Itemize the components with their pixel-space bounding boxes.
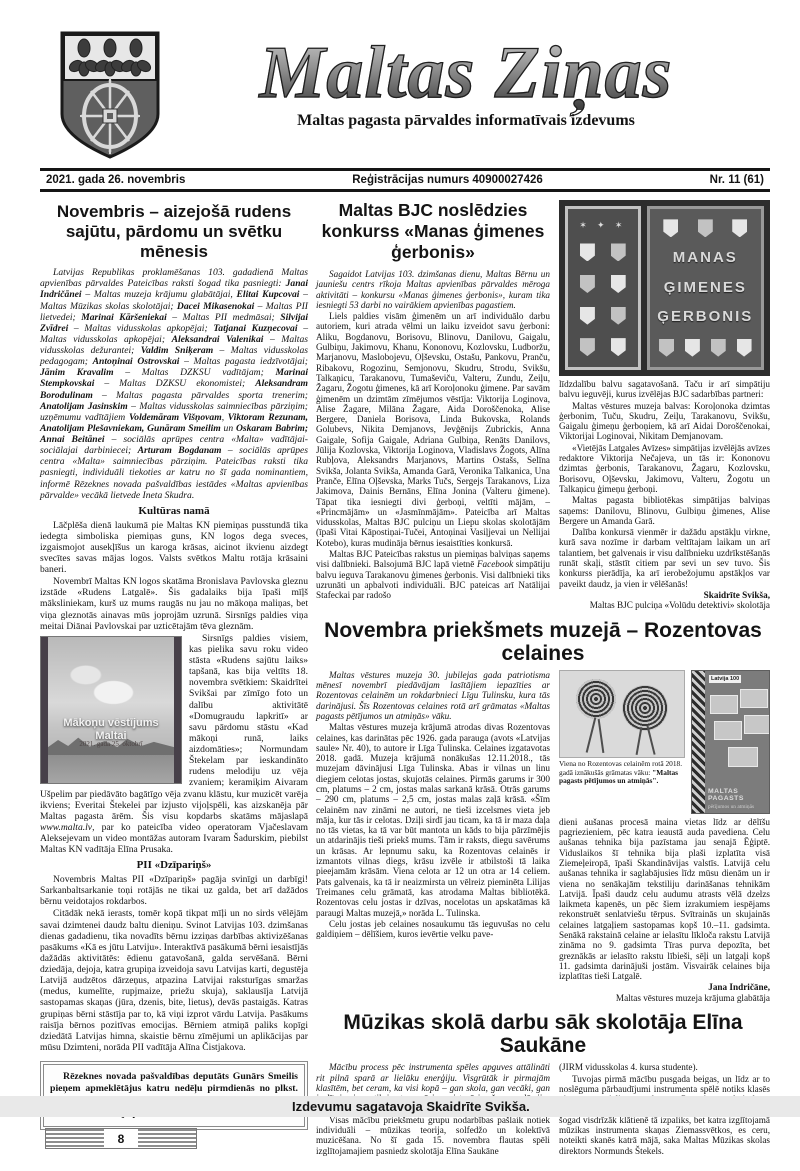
paragraph: «Vietējās Latgales Avīzes» simpātijas iz… (559, 443, 770, 494)
page-content: Novembris – aizejošā rudens sajūtu, pārd… (0, 198, 800, 1157)
paragraph: Maltas vēstures muzeja krājumā atrodas d… (316, 722, 550, 918)
video-frame-bar (174, 637, 181, 783)
article-music-title: Mūzikas skolā darbu sāk skolotāja Elīna … (316, 1011, 770, 1057)
paragraph: Maltas pagasta bibliotēkas simpātijas ba… (559, 495, 770, 526)
book-cover-image: Latvija 100 MALTAS PAGASTS pētījumos un … (691, 670, 770, 814)
shield-drawing (737, 339, 752, 357)
masthead: Maltas Ziņas Maltas pagasta pārvaldes in… (0, 0, 800, 160)
shield-drawing (611, 243, 626, 261)
photo-overlay-date: 2021. gada 25. oktobrī (48, 740, 174, 748)
article-november-title: Novembris – aizejošā rudens sajūtu, pārd… (40, 202, 308, 262)
cover-photo-thumb (710, 695, 738, 714)
cover-photo-thumb (744, 715, 770, 734)
photo-overlay-title: Mākoņu vēstījums Maltai (48, 717, 174, 743)
shield-drawing (711, 339, 726, 357)
issue-number: Nr. 11 (61) (710, 174, 764, 186)
woven-belt-roll (622, 685, 668, 731)
article-bjc-title: Maltas BJC noslēdzies konkurss «Manas ģi… (316, 200, 550, 263)
window-panel-left: ✶ ✦ ✶ (565, 206, 641, 370)
woven-border-ornament (692, 671, 705, 813)
paragraph: Visas mācību priekšmetu grupu nodarbības… (316, 1115, 550, 1156)
shield-drawing (663, 219, 678, 237)
date-bar: 2021. gada 26. novembris Reģistrācijas n… (40, 168, 770, 192)
photo-text-wrap: Mākoņu vēstījums Maltai 2021. gada 25. o… (40, 633, 308, 856)
paragraph: Lāčplēša dienā laukumā pie Maltas KN pie… (40, 520, 308, 576)
paragraph: Liels paldies visām ģimenēm un arī indiv… (316, 311, 550, 548)
shield-drawing (611, 307, 626, 325)
shield-drawing (685, 339, 700, 357)
star-ornaments: ✶ ✦ ✶ (572, 220, 634, 230)
page-number: 8 (104, 1129, 138, 1148)
issue-date: 2021. gada 26. novembris (46, 174, 185, 186)
paragraph: līdzdalību balvu sagatavošanā. Taču ir a… (559, 379, 770, 400)
section-kulturas-nama: Kultūras namā (40, 505, 308, 518)
footer-stripes (46, 1129, 104, 1148)
paragraph: dieni aušanas procesā maina vietas līdz … (559, 817, 770, 982)
article-celaines-title: Novembra priekšmets muzejā – Rozentovas … (316, 619, 770, 665)
coat-of-arms-logo (58, 30, 162, 160)
signature-name: Skaidrīte Svikša, (559, 590, 770, 600)
cover-photo-thumb (740, 689, 768, 708)
shield-drawing (580, 243, 595, 261)
shield-drawing (611, 275, 626, 293)
shield-drawing (698, 219, 713, 237)
editor-credit: Izdevumu sagatavoja Skaidrīte Svikša. (292, 1099, 530, 1114)
cover-photo-thumb (714, 721, 742, 740)
signature-role: Maltas BJC pulciņa «Volūdu detektivi» sk… (559, 600, 770, 610)
article-bjc-lead: Sagaidot Latvijas 103. dzimšanas dienu, … (316, 269, 550, 310)
article-music: Mūzikas skolā darbu sāk skolotāja Elīna … (316, 1011, 770, 1157)
shield-drawing (580, 307, 595, 325)
signature-role: Maltas vēstures muzeja krājuma glabātāja (559, 993, 770, 1003)
right-region: Maltas BJC noslēdzies konkurss «Manas ģi… (316, 200, 770, 1157)
cover-title: MALTAS PAGASTS (708, 788, 767, 803)
clouds-photo-image: Mākoņu vēstījums Maltai 2021. gada 25. o… (48, 637, 174, 783)
shield-drawing (611, 338, 626, 356)
exhibition-text-line: ĢERBONIS (654, 309, 757, 326)
window-panel-right: MANAS ĢIMENES ĢERBONIS (647, 206, 764, 370)
article-bjc: Maltas BJC noslēdzies konkurss «Manas ģi… (316, 200, 770, 612)
latvija-100-logo: Latvija 100 (709, 675, 741, 683)
exhibition-text-line: ĢIMENES (654, 280, 757, 297)
shield-drawing (580, 338, 595, 356)
shield-drawing (732, 219, 747, 237)
masthead-titles: Maltas Ziņas Maltas pagasta pārvaldes in… (162, 30, 770, 130)
article-november-lead: Latvijas Republikas proklamēšanas 103. g… (40, 267, 308, 501)
article-november: Novembris – aizejošā rudens sajūtu, pārd… (40, 200, 308, 1157)
paragraph: (JIRM vidusskolas 4. kursa studente). (559, 1062, 770, 1072)
page-number-box: 8 (45, 1128, 197, 1149)
credit-band: Izdevumu sagatavoja Skaidrīte Svikša. (0, 1096, 800, 1117)
registration-number: Reģistrācijas numurs 40900027426 (352, 174, 543, 186)
woven-belt-roll (576, 679, 616, 719)
coat-of-arms-exhibition-photo: ✶ ✦ ✶ MANAS ĢIMENES ĢERBONIS (559, 200, 770, 376)
clouds-video-photo: Mākoņu vēstījums Maltai 2021. gada 25. o… (40, 636, 182, 784)
cover-subtitle: pētījumos un atmiņās (708, 804, 767, 810)
section-pii-dziparins: PII «Dzīpariņš» (40, 859, 308, 872)
paragraph: Novembris Maltas PII «Dzīpariņš» pagāja … (40, 874, 308, 907)
signature-name: Jana Indričāne, (559, 982, 770, 992)
celaines-caption: Viena no Rozentovas celainēm rotā 2018. … (559, 760, 685, 787)
exhibition-text-line: MANAS (654, 250, 757, 267)
video-frame-bar (41, 637, 48, 783)
paragraph: Maltas BJC Pateicības rakstus un piemiņa… (316, 549, 550, 600)
shield-drawing (580, 275, 595, 293)
paragraph: Dalība konkursā vienmēr ir dažādu apstāk… (559, 527, 770, 589)
celaines-belts-figure: Viena no Rozentovas celainēm rotā 2018. … (559, 670, 685, 814)
newspaper-title: Maltas Ziņas (162, 36, 770, 110)
paragraph: Maltas vēstures muzeja balvas: Koroļonok… (559, 401, 770, 442)
cover-photo-thumb (728, 747, 758, 767)
article-celaines: Novembra priekšmets muzejā – Rozentovas … (316, 619, 770, 1005)
newspaper-page: Maltas Ziņas Maltas pagasta pārvaldes in… (0, 0, 800, 1171)
shield-drawing (659, 339, 674, 357)
paragraph: Citādāk nekā ierasts, tomēr kopā tikpat … (40, 908, 308, 1053)
celaines-belts-photo (559, 670, 685, 758)
paragraph: Novembrī Maltas KN logos skatāma Bronisl… (40, 576, 308, 632)
newspaper-subtitle: Maltas pagasta pārvaldes informatīvais i… (162, 112, 770, 130)
paragraph: Celu jostas jeb celaines nosaukumu tās i… (316, 919, 550, 940)
footer-stripes (138, 1129, 196, 1148)
road (48, 755, 174, 783)
article-celaines-lead: Maltas vēstures muzeja 30. jubilejas gad… (316, 670, 550, 721)
